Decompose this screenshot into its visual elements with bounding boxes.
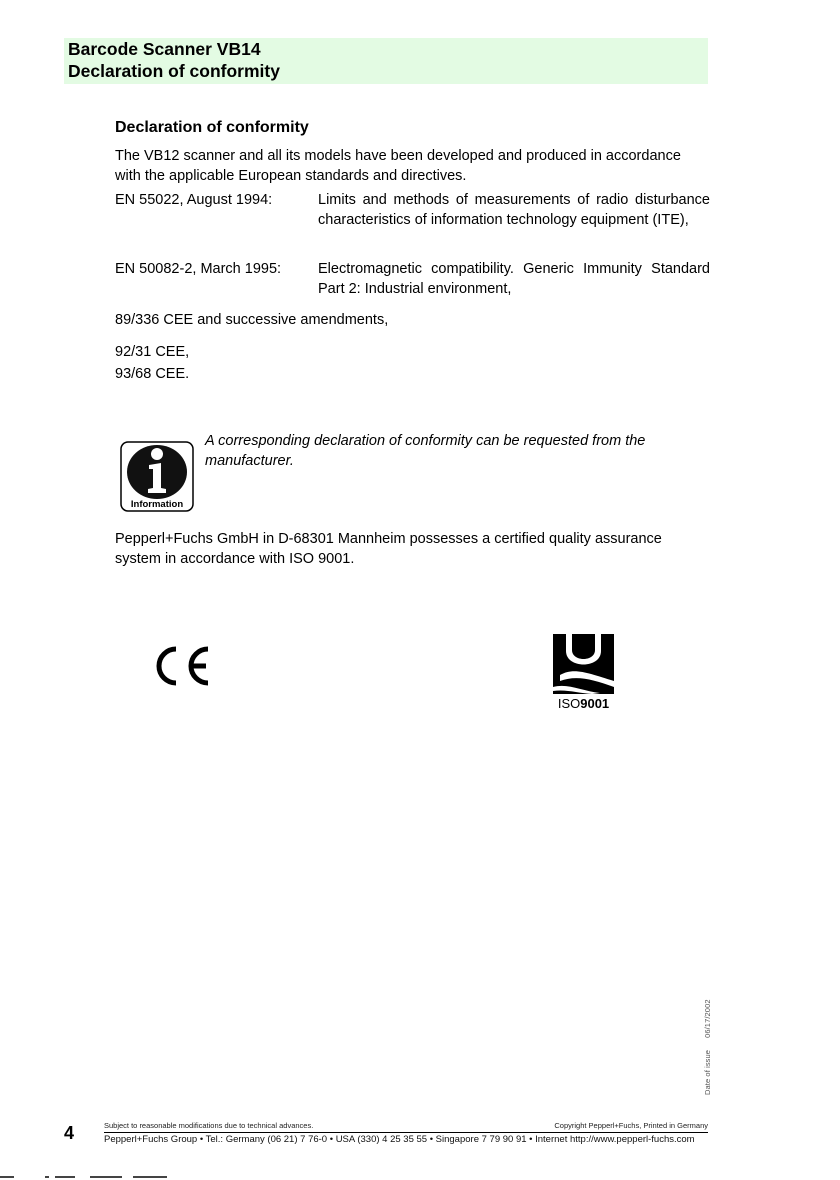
footer-divider xyxy=(104,1132,708,1133)
header-chapter-title: Declaration of conformity xyxy=(68,60,280,82)
page-header: Barcode Scanner VB14 Declaration of conf… xyxy=(64,38,708,84)
information-icon-label: Information xyxy=(131,499,183,510)
footer-contacts: Pepperl+Fuchs Group • Tel.: Germany (06 … xyxy=(104,1134,708,1145)
date-of-issue: Date of issue06/17/2002 xyxy=(703,987,712,1095)
directive-item: 89/336 CEE and successive amendments, xyxy=(115,310,388,330)
iso-9001-logo: ISO9001 xyxy=(552,633,615,711)
date-of-issue-label: Date of issue xyxy=(703,1050,712,1095)
info-note-text: A corresponding declaration of conformit… xyxy=(205,431,710,471)
header-product-title: Barcode Scanner VB14 xyxy=(68,38,261,60)
date-of-issue-value: 06/17/2002 xyxy=(703,999,712,1038)
standard-label: EN 55022, August 1994: xyxy=(115,190,272,210)
scan-artifacts xyxy=(0,1176,200,1179)
intro-paragraph: The VB12 scanner and all its models have… xyxy=(115,146,710,186)
directive-item: 93/68 CEE. xyxy=(115,364,189,384)
directive-item: 92/31 CEE, xyxy=(115,342,189,362)
iso-number: 9001 xyxy=(580,696,609,711)
standard-description: Limits and methods of measurements of ra… xyxy=(318,190,710,230)
svg-text:ISO9001: ISO9001 xyxy=(558,696,609,711)
standard-description: Electromagnetic compatibility. Generic I… xyxy=(318,259,710,299)
page-number: 4 xyxy=(64,1123,74,1144)
quality-paragraph: Pepperl+Fuchs GmbH in D-68301 Mannheim p… xyxy=(115,529,710,569)
section-title: Declaration of conformity xyxy=(115,119,309,137)
footer-copyright: Copyright Pepperl+Fuchs, Printed in Germ… xyxy=(554,1121,708,1130)
standard-label: EN 50082-2, March 1995: xyxy=(115,259,281,279)
footer-disclaimer: Subject to reasonable modifications due … xyxy=(104,1121,313,1130)
information-icon: Information xyxy=(120,441,194,512)
ce-mark-icon xyxy=(150,645,212,687)
iso-prefix: ISO xyxy=(558,696,580,711)
